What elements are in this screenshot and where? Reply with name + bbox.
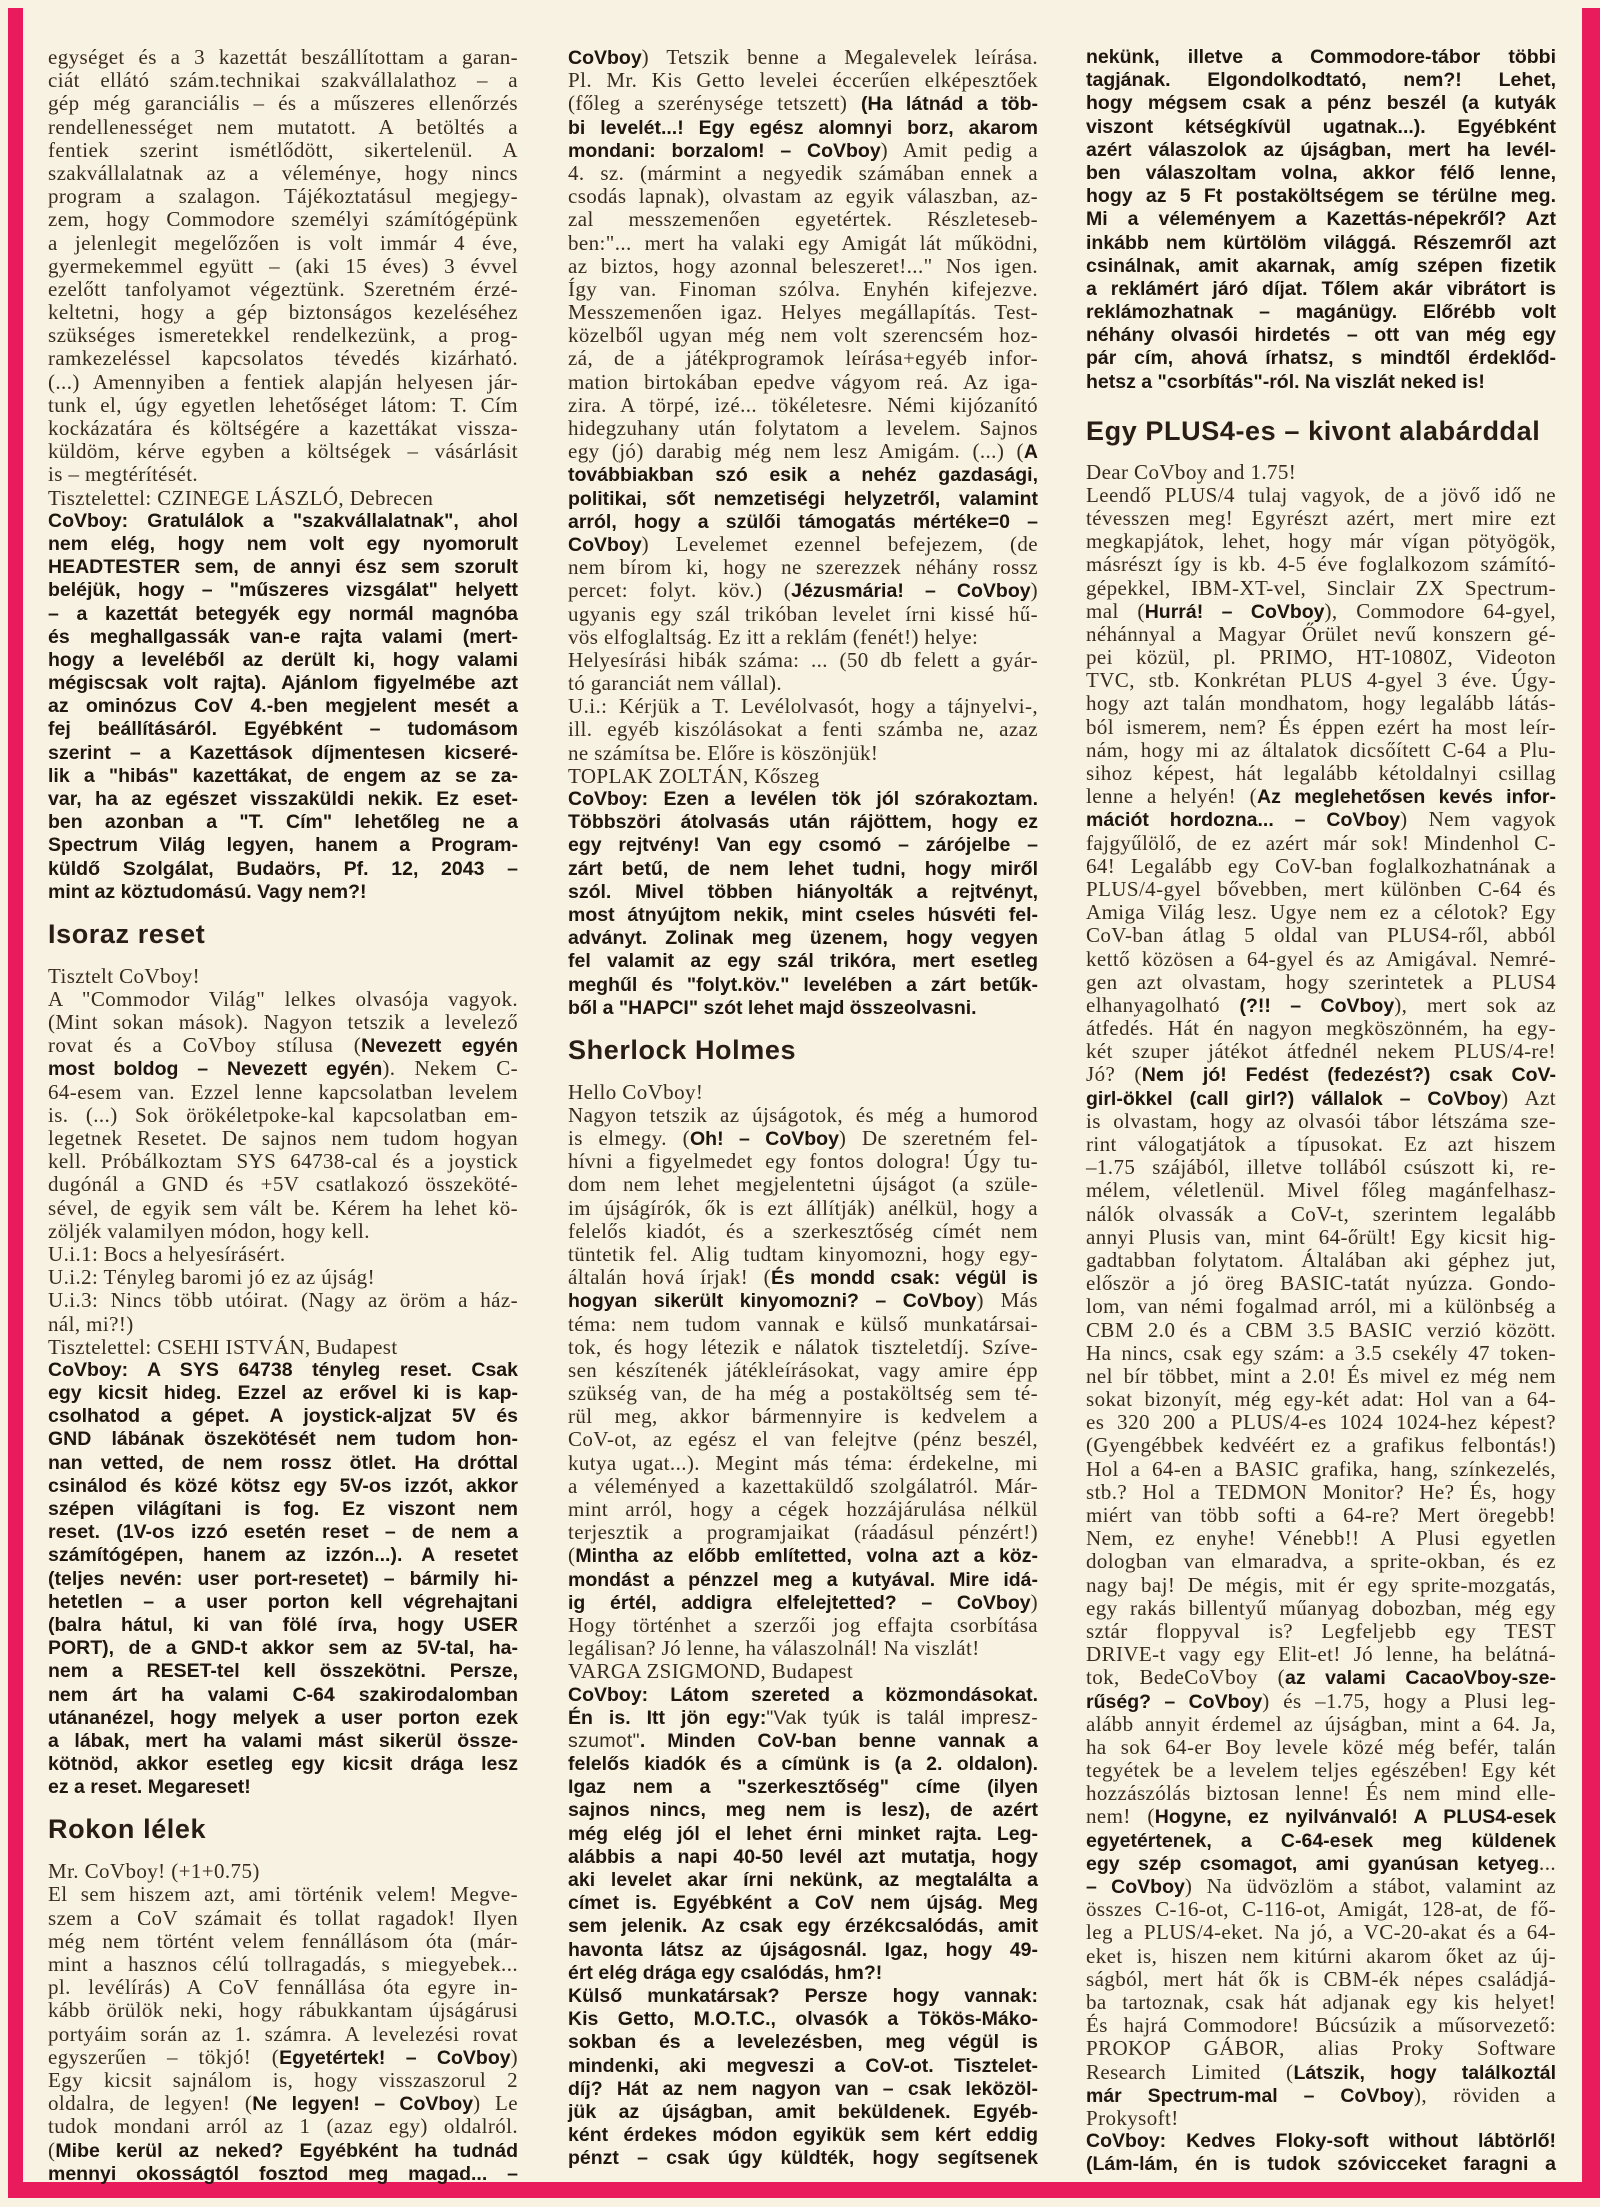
text-line: percet: folyt. köv.) (Jézusmária! – CoVb… (568, 579, 1038, 602)
section-heading: Isoraz reset (48, 904, 518, 965)
letter-run: ) Nem vagyok (1400, 807, 1556, 831)
text-line: két szuper játékot átfednél nekem PLUS/4… (1086, 1040, 1556, 1063)
letter-paragraph: Leendő PLUS/4 tulaj vagyok, de a jövő id… (1086, 484, 1556, 2130)
text-line: leg a PLUS/4-eket. Na jó, a VC-20-akat é… (1086, 1921, 1556, 1944)
text-line: oldalra, de legyen! (Ne legyen! – CoVboy… (48, 2092, 518, 2115)
letter-run: nem! ( (1086, 1804, 1155, 1828)
text-line: (balra hátul, ki van fölé írva, hogy USE… (48, 1614, 518, 1637)
text-line: pénzt – csak úgy küldték, hogy segítsene… (568, 2147, 1038, 2170)
text-line: Prokysoft! (1086, 2107, 1556, 2130)
letter-run: (főleg a szerénysége tetszett) (568, 91, 861, 115)
text-line: nám, hogy mi az általatok dicsőített C-6… (1086, 739, 1556, 762)
text-line: CoV-ban átlag 5 oldal van PLUS4-ről, abb… (1086, 924, 1556, 947)
text-line: számítógépen, hanem az izzón...). A rese… (48, 1544, 518, 1567)
text-line: zal messzemenően egyetértek. Részleteseb… (568, 208, 1038, 231)
text-line: nan vetted, de nem rossz ötlet. Ha drótt… (48, 1452, 518, 1475)
text-line: zira. A törpé, izé... tökéletesre. Némi … (568, 394, 1038, 417)
editor-reply-run: CoVboy (568, 47, 642, 69)
text-line: mint az köztudomású. Vagy nem?! (48, 881, 518, 904)
text-line: (...) Amennyiben a fentiek alapján helye… (48, 371, 518, 394)
letter-run: ) Azt (1501, 1086, 1556, 1110)
text-line: CoV-ot, az egész el van felejtve (pénz b… (568, 1428, 1038, 1451)
letter-paragraph: A "Commodor Világ" lelkes olvasója vagyo… (48, 988, 518, 1243)
text-line: keltetni, hogy a gép biztonságos kezelés… (48, 301, 518, 324)
text-line: U.i.1: Bocs a helyesírásért. (48, 1243, 518, 1266)
text-line: lenne a helyén! (Az meglehetősen kevés i… (1086, 785, 1556, 808)
text-line: sem jelenik. Az csak egy érzékcsalódás, … (568, 1915, 1038, 1938)
text-line: ezelőtt tanfolyamot végeztünk. Szeretném… (48, 278, 518, 301)
text-line: zá, de a játékprogramok leírása+egyéb in… (568, 347, 1038, 370)
text-line: Hogy történhet a szerzői jog effajta cso… (568, 1614, 1038, 1637)
text-line: szumot". Minden CoV-ban benne vannak a (568, 1730, 1038, 1753)
editor-reply: Külső munkatársak? Persze hogy vannak:Ki… (568, 1985, 1038, 2171)
text-line: nem! (Hogyne, ez nyilvánvaló! A PLUS4-es… (1086, 1805, 1556, 1828)
text-line: ba tartoznak, csak hát adjanak egy kis h… (1086, 1991, 1556, 2014)
text-line: először a jó öreg BASIC-tatát nyúzza. Go… (1086, 1272, 1556, 1295)
text-line: kább örülök neki, hogy rábukkantam újság… (48, 1999, 518, 2022)
text-line: hetetlen – a user porton kell végrehajta… (48, 1591, 518, 1614)
magenta-frame-right (1582, 8, 1600, 2198)
text-line: sen készítenék játékleírásokat, vagy ami… (568, 1359, 1038, 1382)
letter-run: Jó? ( (1086, 1062, 1142, 1086)
editor-reply-run: – CoVboy (1086, 1876, 1185, 1898)
text-line: rint válogatjátok a típusokat. Ez azt hi… (1086, 1133, 1556, 1156)
text-line: hogy azt talán mondhatom, hogy legalább … (1086, 692, 1556, 715)
text-line: téma: nem tudom vannak e külső munkatárs… (568, 1313, 1038, 1336)
text-line: Többszöri átolvasás után rájöttem, hogy … (568, 811, 1038, 834)
text-line: Mi a véleményem a Kazettás-népekről? Azt (1086, 208, 1556, 231)
letter-run: is elmegy. ( (568, 1126, 690, 1150)
text-line: ből a "HAPCI" szót lehet majd összeolvas… (568, 997, 1038, 1020)
text-line: arról, hogy a szülői támogatás mértéke=0… (568, 510, 1038, 533)
text-line: mennyi okosságtól fosztod meg magad... – (48, 2162, 518, 2185)
letter-run: . Minden CoV-ban benne vannak a (640, 1730, 1038, 1752)
editor-reply-run: Oh! – CoVboy (690, 1128, 839, 1150)
text-line: díj? Hát az nem nagyon van – csak leközö… (568, 2078, 1038, 2101)
text-line: csodás lapnak), olvastam az egyik válasz… (568, 185, 1038, 208)
text-line: terjesztik a programjaikat (ráadásul pén… (568, 1521, 1038, 1544)
editor-reply-run: girl-ökkel (call girl?) vállalok – CoVbo… (1086, 1088, 1501, 1110)
text-line: szépen világítani is fog. Ez viszont nem (48, 1498, 518, 1521)
letter-run: lenne a helyén! ( (1086, 784, 1257, 808)
editor-reply-run: (?!! – CoVboy (1240, 995, 1395, 1017)
letter-run: Research Limited ( (1086, 2060, 1293, 2084)
text-line: rül meg, akkor bármennyire is kedvelem a (568, 1405, 1038, 1428)
text-line: pl. levélírás) A CoV fennállása óta egyr… (48, 1976, 518, 1999)
text-line: ként érdekes módon egyikük sem kért eddi… (568, 2124, 1038, 2147)
text-line: egyetértenek, a C-64-esek meg küldenek (1086, 1829, 1556, 1852)
text-line: gadtabban folytatom. Általában aki géphe… (1086, 1249, 1556, 1272)
text-line: összes C-16-ot, C-116-ot, Amigát, 128-at… (1086, 1898, 1556, 1921)
text-line: es 320 200 a PLUS/4-es 1024 1024-hez kép… (1086, 1411, 1556, 1434)
text-line: egy kicsit hideg. Ezzel az erővel ki is … (48, 1382, 518, 1405)
text-line: rovat és a CoVboy stílusa (Nevezett egyé… (48, 1034, 518, 1057)
letter-paragraph: El sem hiszem azt, ami történik velem! M… (48, 1883, 518, 2184)
text-line: Mr. CoVboy! (+1+0.75) (48, 1860, 518, 1883)
text-line: PROKOP GÁBOR, alias Proky Software (1086, 2037, 1556, 2060)
text-line: PORT), de a GND-t akkor sem az 5V-tal, h… (48, 1637, 518, 1660)
text-line: hidegzuhany után folytatom a levelem. Sa… (568, 417, 1038, 440)
letter-run: ), röviden a (1414, 2083, 1556, 2107)
signature: VARGA ZSIGMOND, Budapest (568, 1660, 1038, 1683)
editor-reply-run: Hurrá! – CoVboy (1145, 601, 1325, 623)
text-line: sével, de egyik sem vált be. Kérem ha le… (48, 1197, 518, 1220)
text-line: 64-esem van. Ezzel lenne kapcsolatban le… (48, 1081, 518, 1104)
text-line: reset. (1V-os izzó esetén reset – de nem… (48, 1521, 518, 1544)
text-line: közelből ugyan még nem volt szerencsém h… (568, 324, 1038, 347)
editor-reply-run: ig értél, addigra elfelejtetted? – CoVbo… (568, 1592, 1031, 1614)
editor-reply-run: rűség? – CoVboy (1086, 1691, 1262, 1713)
text-line: és meghallgassák van-e rajta valami (mer… (48, 626, 518, 649)
text-line: Jó? (Nem jó! Fedést (fedezést?) csak CoV… (1086, 1063, 1556, 1086)
text-line: CoVboy: Látom szereted a közmondásokat. (568, 1684, 1038, 1707)
text-line: Így van. Finoman szólva. Enyhén kifejezv… (568, 278, 1038, 301)
text-line: mégiscsak volt rajta). Ajánlom figyelméb… (48, 672, 518, 695)
text-line: adványt. Zolinak meg üzenem, hogy vegyen (568, 927, 1038, 950)
letter-run: ... (1539, 1851, 1556, 1875)
editor-reply: CoVboy: Ezen a levélen tök jól szórakozt… (568, 788, 1038, 1020)
letter-paragraph: egységet és a 3 kazettát beszállítottam … (48, 46, 518, 487)
text-line: gyermekemmel együtt – (aki 15 éves) 3 év… (48, 255, 518, 278)
signature: TOPLAK ZOLTÁN, Kőszeg (568, 765, 1038, 788)
text-line: Research Limited (Látszik, hogy találkoz… (1086, 2061, 1556, 2084)
editor-reply-run: mondani: borzalom! – CoVboy (568, 140, 881, 162)
text-line: hozzászólás biztosan lenne! És nem mind … (1086, 1782, 1556, 1805)
text-line: ben azonban a "T. Cím" lehetőleg ne a (48, 811, 518, 834)
editor-reply-run: politikai, sőt nemzetiségi helyzetről, v… (568, 488, 1038, 510)
editor-reply-run: már Spectrum-mal – CoVboy (1086, 2085, 1414, 2107)
text-line: dugónál a GND és +5V csatlakozó összeköt… (48, 1173, 518, 1196)
text-line: Egy kicsit sajnálom is, hogy visszaszoru… (48, 2069, 518, 2092)
text-line: egységet és a 3 kazettát beszállítottam … (48, 46, 518, 69)
text-line: mation birtokában epedve vágyom reá. Az … (568, 371, 1038, 394)
letter-run: ) Levelemet ezennel befejezem, (de (642, 532, 1038, 556)
text-line: U.i.2: Tényleg baromi jó ez az újság! (48, 1266, 518, 1289)
text-line: reklámozhatnak – magánügy. Előrébb volt (1086, 301, 1556, 324)
text-line: felelős kiadót, és a szerkesztőség címét… (568, 1220, 1038, 1243)
text-line: im újságírók, ők is ezt állítják) anélkü… (568, 1197, 1038, 1220)
editor-reply-run: bi levelét...! Egy egész alomnyi borz, a… (568, 117, 1038, 139)
text-line: Messzemenően igaz. Helyes megállapítás. … (568, 301, 1038, 324)
text-line: szükség van, de ha még a postaköltség se… (568, 1382, 1038, 1405)
text-line: El sem hiszem azt, ami történik velem! M… (48, 1883, 518, 1906)
text-line: kell. Próbálkoztam SYS 64738-cal és a jo… (48, 1150, 518, 1173)
article-column-3: nekünk, illetve a Commodore-tábor többit… (1086, 46, 1556, 2176)
editor-reply-run: Egyetértek! – CoVboy (279, 2047, 510, 2069)
text-line: Nagyon tetszik az újságotok, és még a hu… (568, 1104, 1038, 1127)
text-line: is – megtérítését. (48, 463, 518, 486)
text-line: annyi Plusis van, mint 64-őrült! Egy kic… (1086, 1226, 1556, 1249)
text-line: másrészt így is kb. 4-5 éve foglalkozom … (1086, 553, 1556, 576)
text-line: jük az újságban, amit beküldenek. Egyéb- (568, 2101, 1038, 2124)
text-line: ben:"... mert ha valaki egy Amigát lát m… (568, 232, 1038, 255)
text-line: mal (Hurrá! – CoVboy), Commodore 64-gyel… (1086, 600, 1556, 623)
letter-run: általán hová írjak! ( (568, 1265, 771, 1289)
text-line: mindenki, aki megveszi a CoV-ot. Tisztel… (568, 2055, 1038, 2078)
text-line: CoVboy: A SYS 64738 tényleg reset. Csak (48, 1359, 518, 1382)
text-line: Spectrum Világ legyen, hanem a Program- (48, 834, 518, 857)
letter-run: ) Le (473, 2091, 518, 2115)
letter-run: mal ( (1086, 599, 1145, 623)
text-line: nem elég, hogy nem volt egy nyomorult (48, 533, 518, 556)
letter-paragraph: U.i.2: Tényleg baromi jó ez az újság! (48, 1266, 518, 1289)
text-line: most boldog – Nevezett egyén). Nekem C- (48, 1057, 518, 1080)
text-line: nem árt ha valami C-64 szakirodalomban (48, 1684, 518, 1707)
editor-reply-run: most boldog – Nevezett egyén (48, 1058, 382, 1080)
editor-reply-run: Ne legyen! – CoVboy (252, 2093, 473, 2115)
text-line: (Mint sokan mások). Nagyon tetszik a lev… (48, 1011, 518, 1034)
signature: Tisztelettel: CZINEGE LÁSZLÓ, Debrecen (48, 487, 518, 510)
letter-run: egyszerűen – tökjó! ( (48, 2045, 279, 2069)
text-line: ha sok 64-er Boy levele közé még befér, … (1086, 1736, 1556, 1759)
text-line: beléjük, hogy – "műszeres vizsgálat" hel… (48, 579, 518, 602)
text-line: ságból, mert hát ők is CBM-ék népes csal… (1086, 1968, 1556, 1991)
text-line: néhánnyal a Magyar Őrület nevű konszern … (1086, 623, 1556, 646)
text-line: nagy baj! De mégis, mit ér egy sprite-mo… (1086, 1574, 1556, 1597)
letter-run: percet: folyt. köv.) ( (568, 578, 791, 602)
text-line: pár cím, ahová írhatsz, s mindtől érdekl… (1086, 347, 1556, 370)
text-line: zem, hogy Commodore személyi számítógépü… (48, 208, 518, 231)
text-line: legetnek Resetet. De sajnos nem tudom ho… (48, 1127, 518, 1150)
text-line: szem a CoV számait és tollat ragadok! Il… (48, 1907, 518, 1930)
text-line: szükséges ismeretekkel rendelkezünk, a p… (48, 324, 518, 347)
text-line: ig értél, addigra elfelejtetted? – CoVbo… (568, 1591, 1038, 1614)
text-line: nel bír többet, mint a 2.0! És mivel ez … (1086, 1365, 1556, 1388)
text-line: tó garanciát nem vállal). (568, 672, 1038, 695)
text-line: sokat bizonyít, még egy-két adat: Hol va… (1086, 1388, 1556, 1411)
letter-paragraph: Helyesírási hibák száma: ... (50 db fele… (568, 649, 1038, 695)
text-line: (főleg a szerénysége tetszett) (Ha látná… (568, 92, 1038, 115)
text-line: miért van több softi a 64-re? Mert örege… (1086, 1504, 1556, 1527)
text-line: nálók olvassák a CoV-t, szerintem legalá… (1086, 1203, 1556, 1226)
text-line: Pl. Mr. Kis Getto levelei éccerűen elkép… (568, 69, 1038, 92)
text-line: általán hová írjak! (És mondd csak: végü… (568, 1266, 1038, 1289)
text-line: (teljes nevén: user port-resetet) – bárm… (48, 1568, 518, 1591)
text-line: zárt betű, de nem lehet tudni, hogy mirő… (568, 858, 1038, 881)
text-line: még nem történt velem fennállásom óta (m… (48, 1930, 518, 1953)
text-line: CoVboy: Ezen a levélen tök jól szórakozt… (568, 788, 1038, 811)
letter-paragraph: Mr. CoVboy! (+1+0.75) (48, 1860, 518, 1883)
text-line: Hol a 64-en a BASIC grafika, hang, színk… (1086, 1458, 1556, 1481)
letter-run: ) Tetszik benne a Megalevelek leírása. (642, 45, 1038, 69)
editor-reply-run: mációt hordozna... – CoVboy (1086, 809, 1400, 831)
text-line: ben válaszoltam volna, akkor félő lenne, (1086, 162, 1556, 185)
text-line: 4. sz. (mármint a negyedik számában enne… (568, 162, 1038, 185)
text-line: tüntetik fel. Alig tudtam kinyomozni, ho… (568, 1243, 1038, 1266)
text-line: (Mibe kerül az neked? Egyébként ha tudná… (48, 2139, 518, 2162)
editor-reply-run: Nevezett egyén (361, 1035, 518, 1057)
text-line: tévesszen meg! Egyrészt azért, mert mire… (1086, 507, 1556, 530)
text-line: havonta látsz az újságosnál. Igaz, hogy … (568, 1939, 1038, 1962)
text-line: dologban van elmaradva, a sprite-okban, … (1086, 1550, 1556, 1573)
text-line: stb.? Hol a TEDMON Monitor? He? És, hogy (1086, 1481, 1556, 1504)
text-line: pei közül, pl. PRIMO, HT-1080Z, Videoton (1086, 646, 1556, 669)
editor-reply-run: hogyan sikerült kinyomozni? – CoVboy (568, 1290, 976, 1312)
text-line: Ha nincs, csak egy szám: a 3.5 csekély 4… (1086, 1342, 1556, 1365)
text-line: Kis Getto, M.O.T.C., olvasók a Tökös-Mák… (568, 2008, 1038, 2031)
text-line: var, ha az egészet visszaküldi nekik. Ez… (48, 788, 518, 811)
text-line: U.i.: Kérjük a T. Levélolvasót, hogy a t… (568, 695, 1038, 718)
text-line: rendellenességet nem mutatott. A betölté… (48, 116, 518, 139)
text-line: már Spectrum-mal – CoVboy), röviden a (1086, 2084, 1556, 2107)
text-line: (Lám-lám, én is tudok szóvicceket faragn… (1086, 2153, 1556, 2176)
letter-paragraph: CoVboy) Tetszik benne a Megalevelek leír… (568, 46, 1038, 649)
article-column-1: egységet és a 3 kazettát beszállítottam … (48, 46, 518, 2185)
magenta-frame-left (8, 8, 23, 2198)
text-line: Külső munkatársak? Persze hogy vannak: (568, 1985, 1038, 2008)
editor-reply-run: mennyi okosságtól fosztod meg magad... – (48, 2163, 518, 2185)
text-line: mondani: borzalom! – CoVboy) Amit pedig … (568, 139, 1038, 162)
editor-reply-run: egy szép csomagot, ami gyanúsan ketyeg (1086, 1853, 1539, 1875)
text-line: Tisztelettel: CSEHI ISTVÁN, Budapest (48, 1336, 518, 1359)
text-line: hogy az 5 Ft postaköltségem se térülne m… (1086, 185, 1556, 208)
text-line: zöljék valamilyen módon, hogy kell. (48, 1220, 518, 1243)
text-line: rűség? – CoVboy) és –1.75, hogy a Plusi … (1086, 1690, 1556, 1713)
text-line: lom, van némi fogalmad arról, mi a külön… (1086, 1295, 1556, 1318)
quote-run: "Vak tyúk is talál impresz- (766, 1707, 1038, 1729)
text-line: fajgyűlölő, de ez azért már sok! Mindenh… (1086, 832, 1556, 855)
text-line: eket is, hiszen nem kitúrni akarom őket … (1086, 1945, 1556, 1968)
text-line: girl-ökkel (call girl?) vállalok – CoVbo… (1086, 1087, 1556, 1110)
text-line: (Gyengébbek kedvéért ez a grafikus felbo… (1086, 1434, 1556, 1457)
letter-run: elhanyagolható (1086, 993, 1240, 1017)
text-line: TOPLAK ZOLTÁN, Kőszeg (568, 765, 1038, 788)
editor-reply-run: Nem jó! Fedést (fedezést?) csak CoV- (1142, 1064, 1556, 1086)
section-heading: Rokon lélek (48, 1799, 518, 1860)
editor-reply: CoVboy: Kedves Floky-soft without lábtör… (1086, 2130, 1556, 2176)
text-line: fentiek szerint ismétlődött, sikertelenü… (48, 139, 518, 162)
text-line: DRIVE-t vagy egy Elit-et! Jó lenne, ha b… (1086, 1643, 1556, 1666)
letter-paragraph: U.i.3: Nincs több utóirat. (Nagy az öröm… (48, 1289, 518, 1335)
text-line: inkább nem kürtölöm világgá. Részemről a… (1086, 232, 1556, 255)
text-line: felelős kiadók és a címünk is (a 2. olda… (568, 1753, 1038, 1776)
text-line: is olvastam, hogy az olvasói tábor létsz… (1086, 1110, 1556, 1133)
text-line: viszont kétségkívül ugatnak...). Egyébké… (1086, 116, 1556, 139)
text-line: És hajrá Commodore! Búcsúzik a műsorveze… (1086, 2014, 1556, 2037)
text-line: tunk el, úgy egyetlen lehetőséget látom:… (48, 394, 518, 417)
text-line: mációt hordozna... – CoVboy) Nem vagyok (1086, 808, 1556, 831)
letter-run: ) (511, 2045, 518, 2069)
text-line: lik a "hibás" kazettákat, de engem az se… (48, 765, 518, 788)
text-line: legálisan? Jó lenne, ha válaszolnál! Na … (568, 1637, 1038, 1660)
editor-reply: CoVboy: A SYS 64738 tényleg reset. Csake… (48, 1359, 518, 1800)
text-line: ill. egyéb kiszólásokat a fenti számba n… (568, 718, 1038, 741)
text-line: mondást a pénzzel meg a kutyával. Mire i… (568, 1568, 1038, 1591)
text-line: CBM 2.0 és a CBM 3.5 BASIC verzió között… (1086, 1319, 1556, 1342)
text-line: tegyétek be a levelem teljes egészében! … (1086, 1759, 1556, 1782)
text-line: ne számítsa be. Előre is köszönjük! (568, 742, 1038, 765)
letter-run: rovat és a CoVboy stílusa ( (48, 1033, 361, 1057)
section-heading: Sherlock Holmes (568, 1020, 1038, 1081)
letter-paragraph: U.i.: Kérjük a T. Levélolvasót, hogy a t… (568, 695, 1038, 765)
text-line: ból ismerem, nem? És éppen ezért ha most… (1086, 716, 1556, 739)
text-line: szakvállalatnak az a véleménye, hogy nin… (48, 162, 518, 185)
text-line: GND lábának öszekötését nem tudom hon- (48, 1428, 518, 1451)
text-line: küldöm, kérve egyben a költségek – vásár… (48, 440, 518, 463)
text-line: csolhatod a gépet. A joystick-aljzat 5V … (48, 1405, 518, 1428)
editor-reply-run: Az meglehetősen kevés infor- (1257, 786, 1556, 808)
text-line: Helyesírási hibák száma: ... (50 db fele… (568, 649, 1038, 672)
text-line: alább annyit érdemel az újságban, mint a… (1086, 1713, 1556, 1736)
signature: Tisztelettel: CSEHI ISTVÁN, Budapest (48, 1336, 518, 1359)
text-line: az ominózus CoV 4.-ben megjelent mesét a (48, 695, 518, 718)
text-line: bi levelét...! Egy egész alomnyi borz, a… (568, 116, 1038, 139)
text-line: hogy mégsem csak a pénz beszél (a kutyák (1086, 92, 1556, 115)
text-line: azért válaszolok az újságban, mert ha le… (1086, 139, 1556, 162)
letter-run: egy (jó) darabig még nem lesz Amigám. (.… (568, 439, 1024, 463)
text-line: nem bírom ki, hogy ne szerezzek néhány r… (568, 556, 1038, 579)
editor-reply-run: egyetértenek, a C-64-esek meg küldenek (1086, 1830, 1556, 1852)
text-line: hívni a figyelmedet egy fontos dologra! … (568, 1150, 1038, 1173)
text-line: –1.75 szájából, illetve tollából csúszot… (1086, 1156, 1556, 1179)
editor-reply-run: Mintha az előbb említetted, volna azt a … (575, 1545, 1038, 1567)
text-line: nem a RESET-tel kell összekötni. Persze, (48, 1660, 518, 1683)
editor-reply-run: (Ha látnád a töb- (861, 93, 1038, 115)
text-line: hogyan sikerült kinyomozni? – CoVboy) Má… (568, 1289, 1038, 1312)
text-line: Tisztelettel: CZINEGE LÁSZLÓ, Debrecen (48, 487, 518, 510)
text-line: az biztos, hogy azonnal beleszeret!..." … (568, 255, 1038, 278)
text-line: egy (jó) darabig még nem lesz Amigám. (.… (568, 440, 1038, 463)
text-line: kettő közösen a 64-gyel és az Amigával. … (1086, 948, 1556, 971)
text-line: szerint – a Kazettások díjmentesen kicse… (48, 742, 518, 765)
text-line: (Mintha az előbb említetted, volna azt a… (568, 1544, 1038, 1567)
editor-reply-run: És mondd csak: végül is (771, 1267, 1038, 1289)
text-line: dom nem lehet megjelentetni újságot (a s… (568, 1173, 1038, 1196)
text-line: CoVboy) Levelemet ezennel befejezem, (de (568, 533, 1038, 556)
text-line: elhanyagolható (?!! – CoVboy), mert sok … (1086, 994, 1556, 1017)
text-line: ramkezeléssel kapcsolatos tévedés kizárh… (48, 347, 518, 370)
text-line: sajnos nincs, meg nem is lesz), de azért (568, 1799, 1038, 1822)
text-line: egy rejtvény! Van egy csomó – zárójelbe … (568, 834, 1038, 857)
text-line: tagjának. Elgondolkodtató, nem?! Lehet, (1086, 69, 1556, 92)
text-line: CoVboy: Kedves Floky-soft without lábtör… (1086, 2130, 1556, 2153)
text-line: Leendő PLUS/4 tulaj vagyok, de a jövő id… (1086, 484, 1556, 507)
text-line: utánanézel, hogy melyek a user porton ez… (48, 1707, 518, 1730)
letter-run: tok, BedeCoVboy ( (1086, 1665, 1285, 1689)
section-heading: Egy PLUS4-es – kivont alabárddal (1086, 394, 1556, 461)
text-line: is. (...) Sok örökéletpoke-kal kapcsolat… (48, 1104, 518, 1127)
editor-reply-run: Látszik, hogy találkoztál (1293, 2062, 1556, 2084)
text-line: portyáim során az 1. számra. A levelezés… (48, 2023, 518, 2046)
text-line: nál, mi?!) (48, 1313, 518, 1336)
text-line: hetsz a "csorbítás"-ról. Na viszlát neke… (1086, 371, 1556, 394)
text-line: Hello CoVboy! (568, 1081, 1038, 1104)
text-line: sztár floppyval is? Legfeljebb egy TEST (1086, 1620, 1556, 1643)
letter-paragraph: Nagyon tetszik az újságotok, és még a hu… (568, 1104, 1038, 1661)
letter-run: ) De szeretném fel- (839, 1126, 1038, 1150)
text-line: HEADTESTER sem, de annyi ész sem szorult (48, 556, 518, 579)
text-line: tok, és hogy létezik e nálatok tisztelet… (568, 1336, 1038, 1359)
text-line: egyszerűen – tökjó! (Egyetértek! – CoVbo… (48, 2046, 518, 2069)
text-line: fej beállításáról. Egyébként – tudomásom (48, 718, 518, 741)
letter-run: ) Amit pedig a (881, 138, 1038, 162)
letter-run: oldalra, de legyen! ( (48, 2091, 252, 2115)
editor-reply: CoVboy: Gratulálok a "szakvállalatnak", … (48, 510, 518, 904)
letter-run: ) és –1.75, hogy a Plusi leg- (1262, 1689, 1556, 1713)
text-line: PLUS/4-gyel bővebben, mert különben C-64… (1086, 878, 1556, 901)
letter-run: ), mert sok az (1394, 993, 1556, 1017)
letter-paragraph: Dear CoVboy and 1.75! (1086, 461, 1556, 484)
text-line: vös elfoglaltság. Ez itt a reklám (fenét… (568, 626, 1038, 649)
text-line: Nem, ez enyhe! Vénebb!! A Plusi egyetlen (1086, 1527, 1556, 1550)
text-line: mint a hasznos célú tollragadás, s miegy… (48, 1953, 518, 1976)
text-line: egy rakás billentyű műanyag dobozban, mé… (1086, 1597, 1556, 1620)
text-line: ez a reset. Megareset! (48, 1776, 518, 1799)
text-line: – CoVboy) Na üdvözlöm a stábot, valamint… (1086, 1875, 1556, 1898)
text-line: A "Commodor Világ" lelkes olvasója vagyo… (48, 988, 518, 1011)
text-line: még elég jól el lehet érni minket rajta.… (568, 1823, 1038, 1846)
text-line: VARGA ZSIGMOND, Budapest (568, 1660, 1038, 1683)
